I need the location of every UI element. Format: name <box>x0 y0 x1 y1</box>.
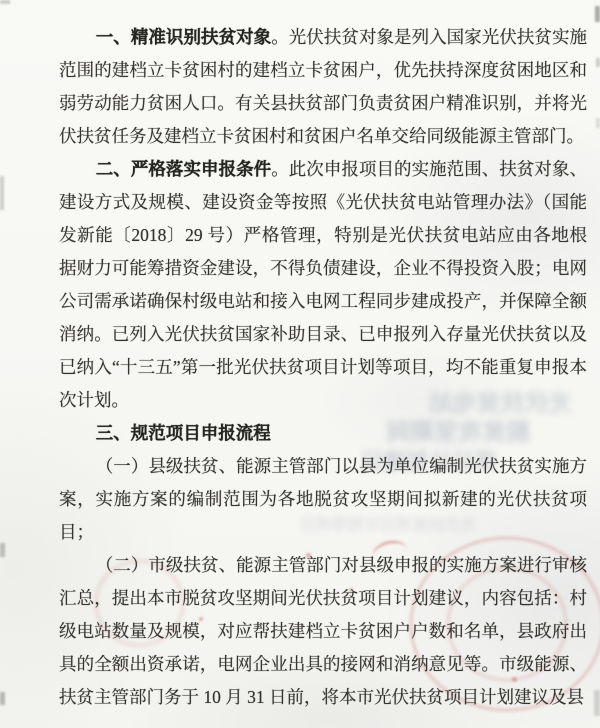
scan-smudge <box>596 118 600 128</box>
scanned-document-page: 光伏扶贫电站 脱贫攻坚期间 项目计划建议 光伏扶贫项目计划等项目 一、精准识别扶… <box>0 0 600 728</box>
paragraph-section-1: 一、精准识别扶贫对象。光伏扶贫对象是列入国家光伏扶贫实施范围的建档立卡贫困村的建… <box>59 21 587 153</box>
scan-smudge <box>594 690 600 716</box>
scan-smudge <box>0 0 10 4</box>
paragraph-section-3: 三、规范项目申报流程 <box>59 417 587 450</box>
section-2-heading: 二、严格落实申报条件 <box>96 159 271 179</box>
paragraph-section-2: 二、严格落实申报条件。此次申报项目的实施范围、扶贫对象、建设方式及规模、建设资金… <box>59 153 587 417</box>
scan-smudge <box>596 58 600 67</box>
scan-smudge <box>0 692 5 705</box>
scan-smudge <box>0 176 4 210</box>
section-1-heading: 一、精准识别扶贫对象 <box>96 27 271 47</box>
item-1-body: （一）县级扶贫、能源主管部门以县为单位编制光伏扶贫实施方案，实施方案的编制范围为… <box>59 456 587 542</box>
paragraph-item-2: （二）市级扶贫、能源主管部门对县级申报的实施方案进行审核汇总，提出本市脱贫攻坚期… <box>59 549 587 714</box>
item-2-body: （二）市级扶贫、能源主管部门对县级申报的实施方案进行审核汇总，提出本市脱贫攻坚期… <box>59 555 587 707</box>
document-text: 一、精准识别扶贫对象。光伏扶贫对象是列入国家光伏扶贫实施范围的建档立卡贫困村的建… <box>59 21 587 714</box>
scan-smudge <box>595 6 600 22</box>
section-3-heading: 三、规范项目申报流程 <box>96 423 271 443</box>
paragraph-item-1: （一）县级扶贫、能源主管部门以县为单位编制光伏扶贫实施方案，实施方案的编制范围为… <box>59 450 587 549</box>
section-2-body: 。此次申报项目的实施范围、扶贫对象、建设方式及规模、建设资金等按照《光伏扶贫电站… <box>59 159 587 410</box>
scan-smudge <box>0 543 5 557</box>
